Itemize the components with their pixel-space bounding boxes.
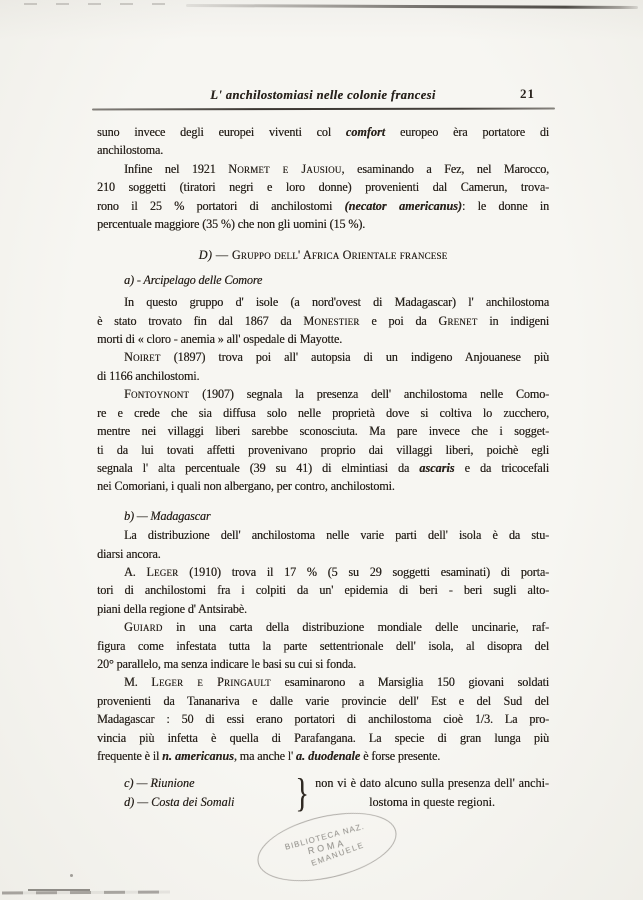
- text-run: Leger e Pringault: [151, 675, 270, 689]
- text-run: 210 soggetti (tiratori negri e loro donn…: [97, 180, 549, 194]
- text-line: morti di « cloro - anemia » all' ospedal…: [97, 330, 549, 348]
- text-line: Fontoynont (1907) segnala la presenza de…: [97, 385, 549, 403]
- text-run: provenienti da Tananariva e dalle varie …: [97, 694, 549, 708]
- text-line: di 1166 anchilostomi.: [97, 367, 549, 385]
- text-line: In questo gruppo d' isole (a nord'ovest …: [97, 293, 549, 311]
- text-run: in una carta della distribuzione mondial…: [163, 620, 550, 634]
- text-run: b) — Madagascar: [124, 509, 210, 523]
- text-run: , ma anche l': [234, 749, 296, 763]
- text-line: suno invece degli europei viventi col co…: [97, 123, 549, 141]
- subsection-heading-b: b) — Madagascar: [97, 507, 549, 525]
- text-run: (necator americanus): [345, 199, 462, 213]
- text-run: percentuale maggiore (35 %) che non gli …: [97, 217, 365, 231]
- text-run: D): [199, 248, 213, 262]
- text-run: a) - Arcipelago delle Comore: [124, 273, 262, 287]
- grouped-note-block: c) — Riunione d) — Costa dei Somali } no…: [124, 774, 549, 813]
- running-header-title: L' anchilostomiasi nelle colonie frances…: [210, 88, 435, 102]
- text-line: La distribuzione dell' anchilostoma nell…: [97, 526, 549, 544]
- text-run: piani della regione d' Antsirabè.: [97, 602, 247, 616]
- text-run: Gruppo dell' Africa Orientale francese: [232, 248, 448, 262]
- text-run: diarsi ancora.: [97, 547, 161, 561]
- text-line: ti da lui tovati affetti provenivano pro…: [97, 441, 549, 459]
- scan-artifact-bottom-dashes: [2, 891, 170, 895]
- text-line: è stato trovato fin dal 1867 da Monestie…: [97, 312, 549, 330]
- text-run: e da tricocefali: [455, 461, 549, 475]
- text-line: Noiret (1897) trova poi all' autopsia di…: [97, 348, 549, 366]
- text-run: esaminarono a Marsiglia 150 giovani sold…: [271, 675, 549, 689]
- text-run: anchilostoma.: [97, 143, 163, 157]
- text-run: Monestier: [303, 314, 359, 328]
- grouped-note-line2: lostoma in queste regioni.: [315, 793, 549, 812]
- text-run: morti di « cloro - anemia » all' ospedal…: [97, 332, 342, 346]
- text-run: M.: [124, 675, 151, 689]
- text-line: mentre nei villaggi liberi sarebbe scono…: [97, 422, 549, 440]
- grouping-brace: }: [295, 773, 306, 813]
- text-run: (1897) trova poi all' autopsia di un ind…: [161, 350, 550, 364]
- text-run: Grenet: [438, 314, 477, 328]
- grouped-note-line1: non vi è dato alcuno sulla presenza dell…: [315, 774, 549, 793]
- text-line: vincia più infetta è quella di Parafanga…: [97, 729, 549, 747]
- text-run: La distribuzione dell' anchilostoma nell…: [124, 528, 549, 542]
- page-number: 21: [520, 86, 535, 102]
- text-run: n. americanus: [162, 749, 234, 763]
- text-line: Infine nel 1921 Normet e Jausiou, esamin…: [97, 160, 549, 178]
- running-header: L' anchilostomiasi nelle colonie frances…: [97, 86, 549, 103]
- text-run: vincia più infetta è quella di Parafanga…: [97, 731, 549, 745]
- text-run: ti da lui tovati affetti provenivano pro…: [97, 443, 549, 457]
- text-line: percentuale maggiore (35 %) che non gli …: [97, 215, 549, 233]
- text-run: a. duodenale: [296, 749, 360, 763]
- text-run: ascaris: [419, 461, 454, 475]
- text-line: tori di anchilostomi fra i colpiti da un…: [97, 581, 549, 599]
- text-run: è forse presente.: [360, 749, 440, 763]
- text-run: (1910) trova il 17 % (5 su 29 soggetti e…: [178, 565, 549, 579]
- text-run: Madagascar : 50 di essi erano portatori …: [97, 712, 549, 726]
- scan-artifact-bottom-mark: [28, 889, 90, 891]
- text-run: re e crede che sia diffusa solo nelle pr…: [97, 406, 549, 420]
- text-line: rono il 25 % portatori di anchilostomi (…: [97, 197, 549, 215]
- text-line: Guiard in una carta della distribuzione …: [97, 618, 549, 636]
- text-run: (1907) segnala la presenza dell' anchilo…: [189, 387, 549, 401]
- list-item-costa-dei-somali: d) — Costa dei Somali: [124, 793, 293, 812]
- text-run: , esaminando a Fez, nel Marocco,: [341, 162, 549, 176]
- text-run: Normet e Jausiou: [228, 162, 341, 176]
- library-stamp: BIBLIOTECA NAZ. ROMA EMANUELE: [251, 801, 403, 893]
- text-line: segnala l' alta percentuale (39 su 41) d…: [97, 459, 549, 477]
- text-run: In questo gruppo d' isole (a nord'ovest …: [124, 295, 549, 309]
- text-run: tori di anchilostomi fra i colpiti da un…: [97, 583, 549, 597]
- header-rule: [92, 108, 555, 111]
- text-run: A.: [124, 565, 146, 579]
- text-run: Infine nel 1921: [124, 162, 228, 176]
- scan-artifact-top-dashes: [24, 3, 174, 5]
- text-run: suno invece degli europei viventi col: [97, 125, 346, 139]
- text-run: Noiret: [124, 350, 161, 364]
- grouped-note-items: c) — Riunione d) — Costa dei Somali: [124, 774, 293, 813]
- text-line: 210 soggetti (tiratori negri e loro donn…: [97, 178, 549, 196]
- text-run: figura come infestata tutta la parte set…: [97, 639, 549, 653]
- text-line: nei Comoriani, i quali non albergano, pe…: [97, 477, 549, 495]
- text-run: è stato trovato fin dal 1867 da: [97, 314, 303, 328]
- text-run: rono il 25 % portatori di anchilostomi: [97, 199, 345, 213]
- list-item-riunione: c) — Riunione: [124, 774, 293, 793]
- text-run: e poi da: [359, 314, 438, 328]
- text-run: frequente è il: [97, 749, 162, 763]
- text-run: Leger: [146, 565, 178, 579]
- grouped-note-text: non vi è dato alcuno sulla presenza dell…: [315, 774, 549, 813]
- text-line: re e crede che sia diffusa solo nelle pr…: [97, 404, 549, 422]
- text-line: piani della regione d' Antsirabè.: [97, 600, 549, 618]
- text-line: frequente è il n. americanus, ma anche l…: [97, 747, 549, 765]
- text-line: anchilostoma.: [97, 141, 549, 159]
- text-line: M. Leger e Pringault esaminarono a Marsi…: [97, 673, 549, 691]
- text-line: figura come infestata tutta la parte set…: [97, 637, 549, 655]
- text-line: provenienti da Tananariva e dalle varie …: [97, 692, 549, 710]
- text-run: : le donne in: [462, 199, 549, 213]
- text-run: di 1166 anchilostomi.: [97, 369, 199, 383]
- text-line: Madagascar : 50 di essi erano portatori …: [97, 710, 549, 728]
- scan-artifact-top-line: [186, 4, 638, 9]
- text-run: Guiard: [124, 620, 163, 634]
- text-line: 20° parallelo, ma senza indicare le basi…: [97, 655, 549, 673]
- scan-artifact-speck: [70, 874, 73, 877]
- body-lines: suno invece degli europei viventi col co…: [97, 123, 549, 765]
- text-run: europeo èra portatore di: [385, 125, 549, 139]
- subsection-heading-a: a) - Arcipelago delle Comore: [97, 271, 549, 289]
- text-run: 20° parallelo, ma senza indicare le basi…: [97, 657, 356, 671]
- text-run: segnala l' alta percentuale (39 su 41) d…: [97, 461, 419, 475]
- text-line: diarsi ancora.: [97, 545, 549, 563]
- text-run: mentre nei villaggi liberi sarebbe scono…: [97, 424, 549, 438]
- scanned-book-page: L' anchilostomiasi nelle colonie frances…: [0, 0, 643, 900]
- text-run: comfort: [346, 125, 385, 139]
- text-run: Fontoynont: [124, 387, 189, 401]
- text-run: —: [212, 248, 231, 262]
- text-line: A. Leger (1910) trova il 17 % (5 su 29 s…: [97, 563, 549, 581]
- section-heading: D) — Gruppo dell' Africa Orientale franc…: [97, 246, 549, 264]
- text-run: in indigeni: [477, 314, 549, 328]
- text-run: nei Comoriani, i quali non albergano, pe…: [97, 479, 395, 493]
- text-block: L' anchilostomiasi nelle colonie frances…: [97, 86, 549, 813]
